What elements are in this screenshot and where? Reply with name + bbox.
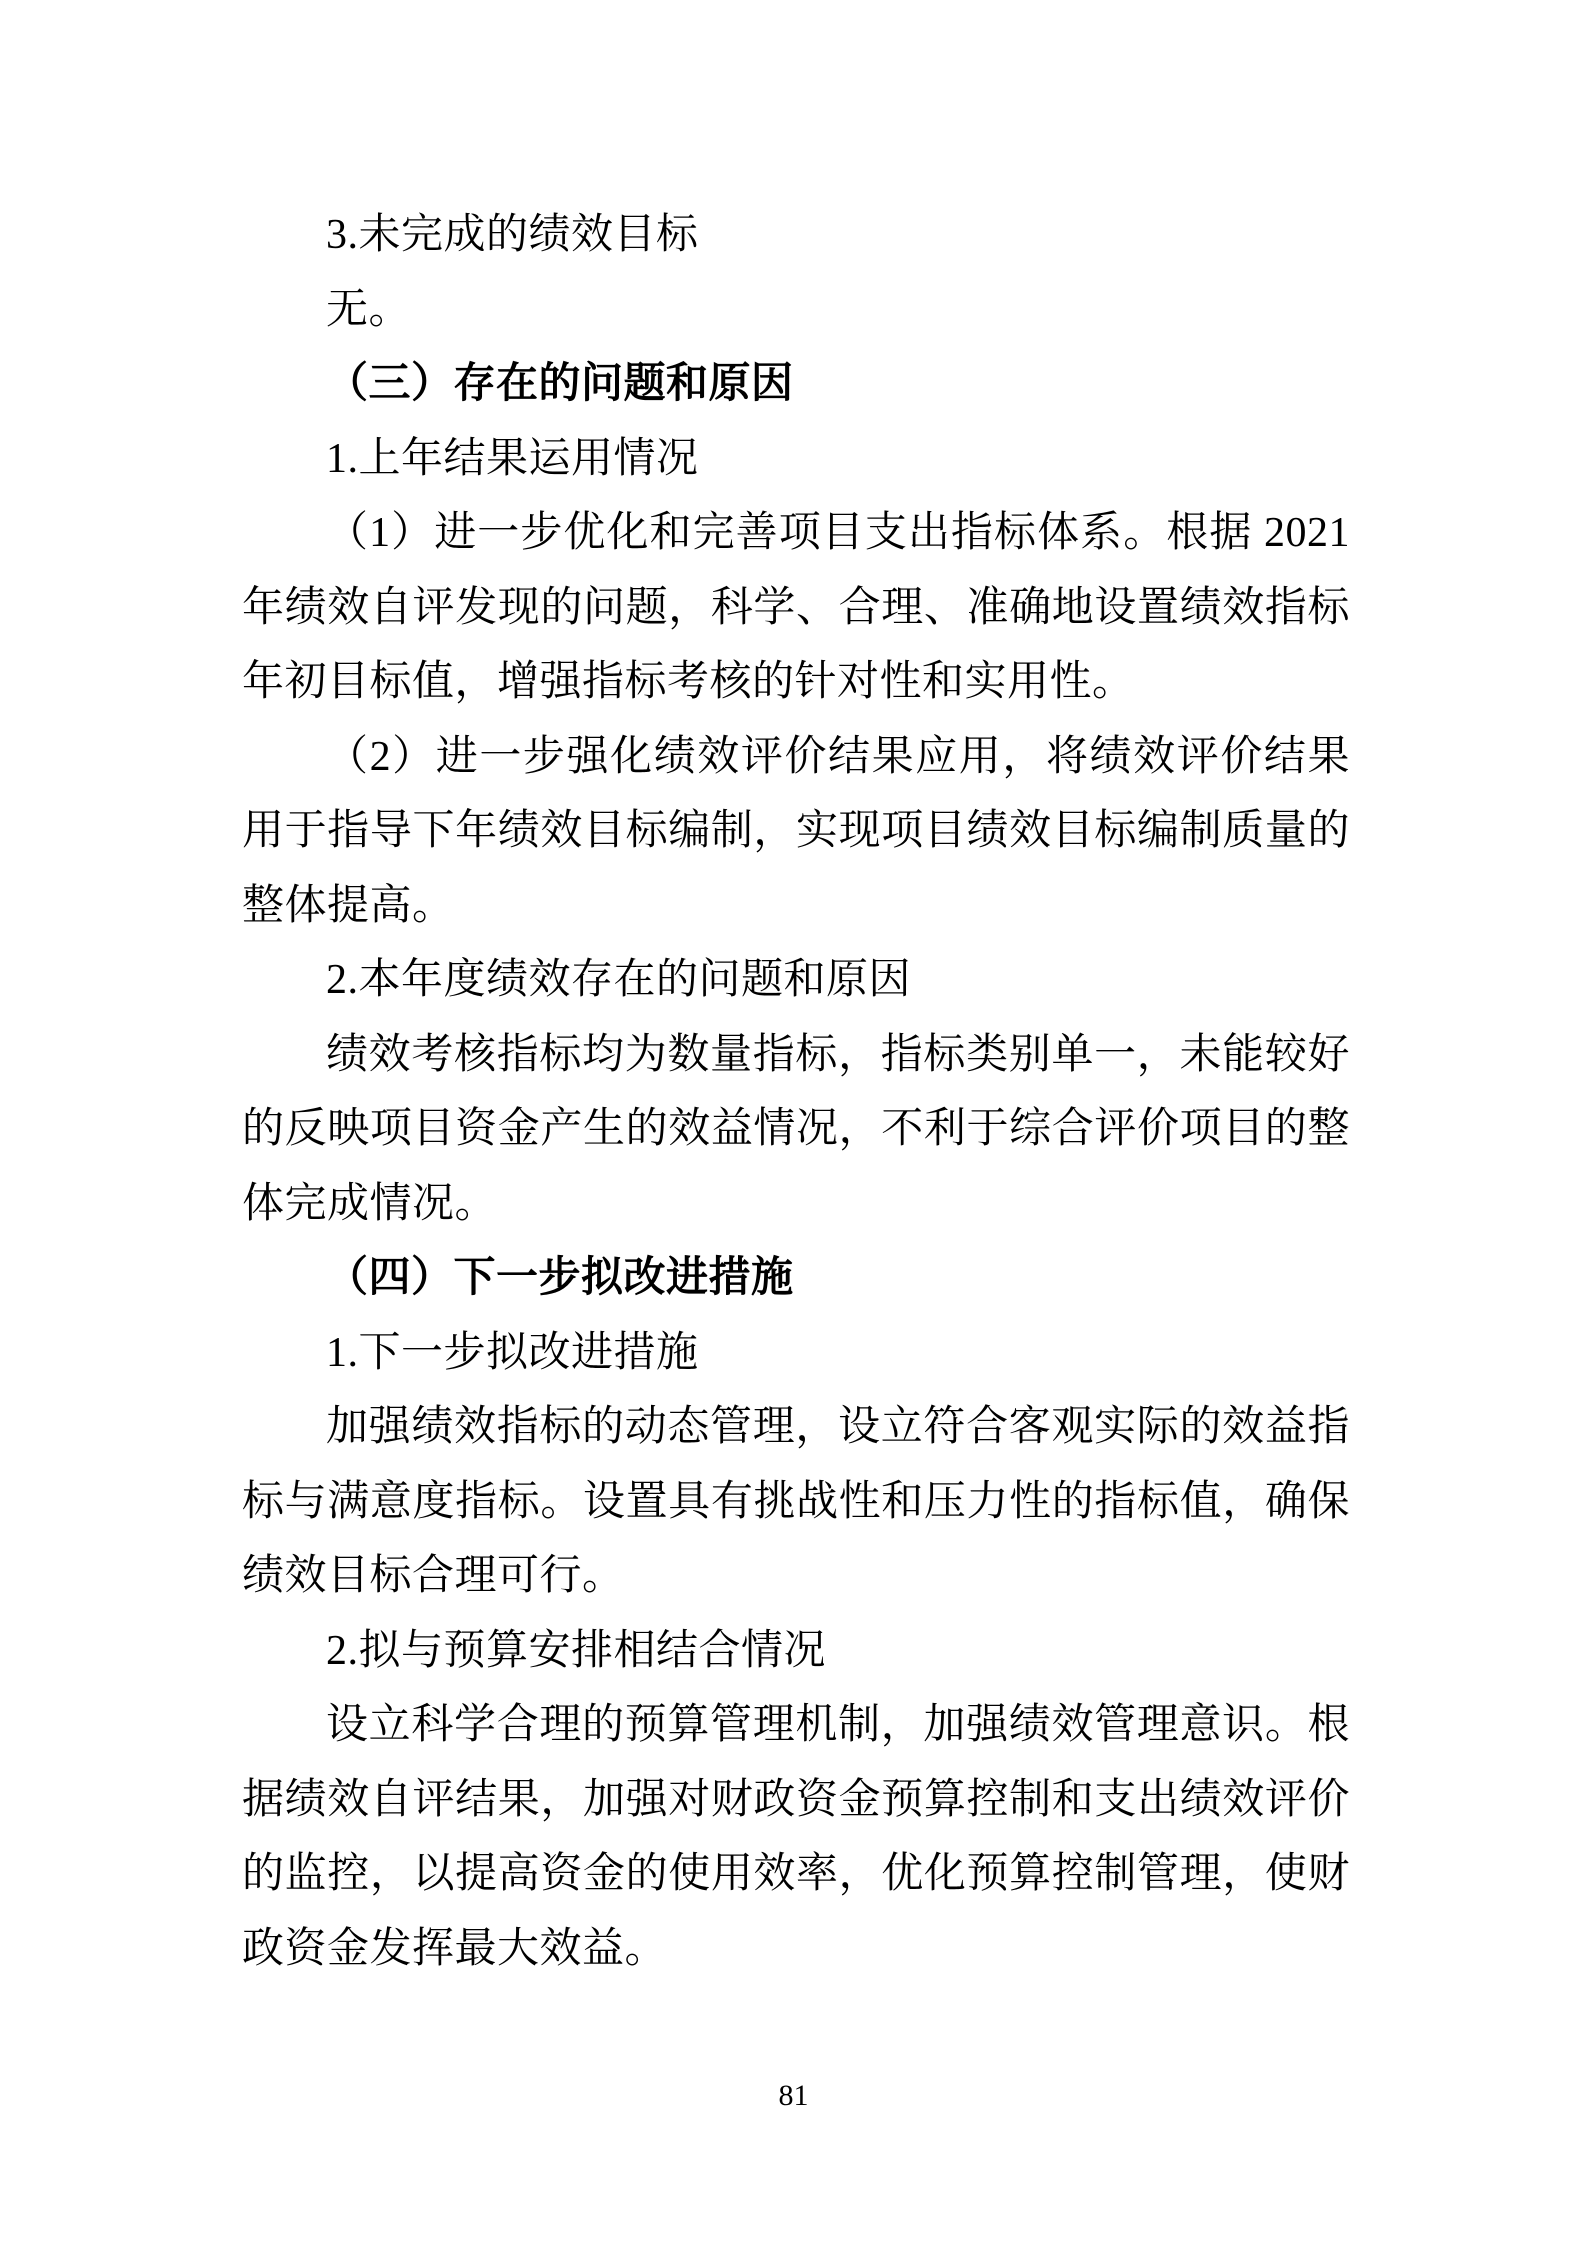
paragraph: 3.未完成的绩效目标 (242, 198, 1350, 273)
section-heading: （四）下一步拟改进措施 (242, 1241, 1350, 1316)
document-page: 3.未完成的绩效目标无。（三）存在的问题和原因1.上年结果运用情况（1）进一步优… (0, 0, 1587, 2245)
paragraph: 无。 (242, 273, 1350, 348)
paragraph: 绩效考核指标均为数量指标，指标类别单一，未能较好的反映项目资金产生的效益情况，不… (242, 1018, 1350, 1242)
paragraph: 1.下一步拟改进措施 (242, 1316, 1350, 1391)
paragraph: 2.本年度绩效存在的问题和原因 (242, 943, 1350, 1018)
paragraph: 1.上年结果运用情况 (242, 422, 1350, 497)
section-heading: （三）存在的问题和原因 (242, 347, 1350, 422)
paragraph: 设立科学合理的预算管理机制，加强绩效管理意识。根据绩效自评结果，加强对财政资金预… (242, 1688, 1350, 1986)
paragraph: 加强绩效指标的动态管理，设立符合客观实际的效益指标与满意度指标。设置具有挑战性和… (242, 1390, 1350, 1614)
paragraph: 2.拟与预算安排相结合情况 (242, 1614, 1350, 1689)
document-body: 3.未完成的绩效目标无。（三）存在的问题和原因1.上年结果运用情况（1）进一步优… (242, 198, 1350, 1986)
paragraph: （1）进一步优化和完善项目支出指标体系。根据 2021 年绩效自评发现的问题，科… (242, 496, 1350, 720)
page-number: 81 (0, 2078, 1587, 2114)
paragraph: （2）进一步强化绩效评价结果应用，将绩效评价结果用于指导下年绩效目标编制，实现项… (242, 720, 1350, 944)
